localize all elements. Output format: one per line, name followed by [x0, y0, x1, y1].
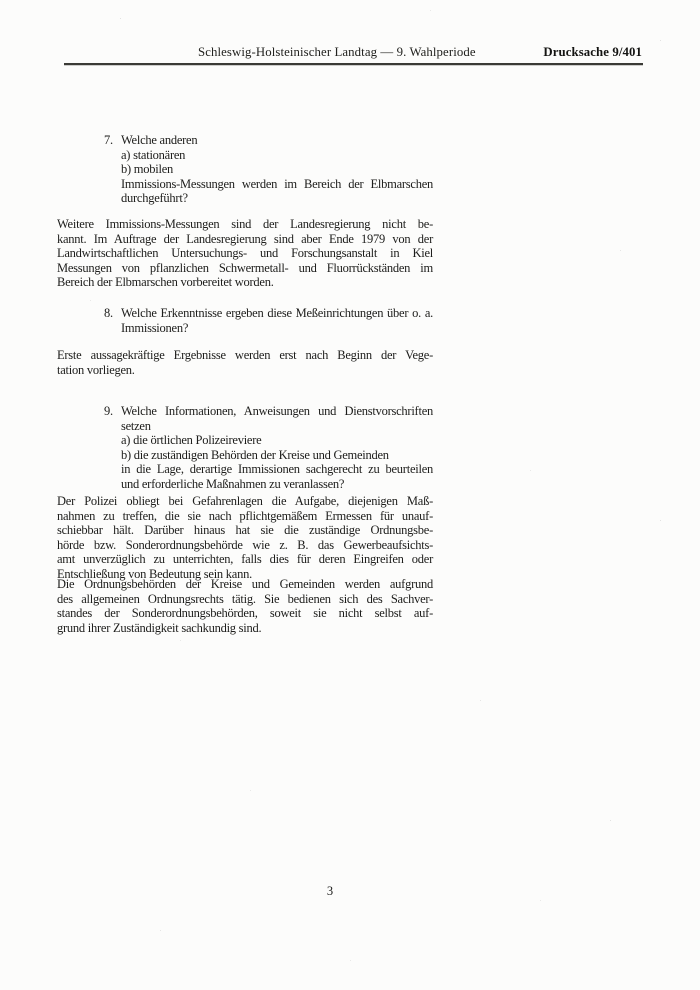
- text-line: Bereich der Elbmarschen vorbereitet word…: [57, 275, 433, 290]
- text-line: Der Polizei obliegt bei Gefahrenlagen di…: [57, 494, 433, 509]
- text-line: b) mobilen: [121, 162, 433, 177]
- question-number: 7.: [104, 133, 121, 148]
- question-text: Welche Informationen, Anweisungen und Di…: [121, 404, 433, 492]
- text-line: b) die zuständigen Behörden der Kreise u…: [121, 448, 433, 463]
- text-line: schiebbar hält. Darüber hinaus hat sie d…: [57, 523, 433, 538]
- text-line: setzen: [121, 419, 433, 434]
- text-line: standes der Sonderordnungsbehörden, sowe…: [57, 606, 433, 621]
- question-number: 9.: [104, 404, 121, 419]
- question-block: 7.Welche anderena) stationärenb) mobilen…: [104, 133, 433, 206]
- answer-paragraph: Erste aussagekräftige Ergebnisse werden …: [57, 348, 433, 377]
- page-header: Schleswig-Holsteinischer Landtag — 9. Wa…: [65, 45, 642, 63]
- answer-paragraph: Der Polizei obliegt bei Gefahrenlagen di…: [57, 494, 433, 582]
- text-line: Welche Erkenntnisse ergeben diese Meßein…: [121, 306, 433, 321]
- text-line: tation vorliegen.: [57, 363, 433, 378]
- text-line: Die Ordnungsbehörden der Kreise und Geme…: [57, 577, 433, 592]
- text-line: Erste aussagekräftige Ergebnisse werden …: [57, 348, 433, 363]
- text-line: durchgeführt?: [121, 191, 433, 206]
- text-line: Weitere Immissions-Messungen sind der La…: [57, 217, 433, 232]
- text-line: kannt. Im Auftrage der Landesregierung s…: [57, 232, 433, 247]
- text-line: des allgemeinen Ordnungsrechts tätig. Si…: [57, 592, 433, 607]
- text-line: Immissionen?: [121, 321, 433, 336]
- text-line: a) stationären: [121, 148, 433, 163]
- answer-paragraph: Weitere Immissions-Messungen sind der La…: [57, 217, 433, 290]
- scan-noise: [0, 0, 1, 1]
- text-line: a) die örtlichen Polizeireviere: [121, 433, 433, 448]
- text-line: grund ihrer Zuständigkeit sachkundig sin…: [57, 621, 433, 636]
- document-page: Schleswig-Holsteinischer Landtag — 9. Wa…: [0, 0, 700, 990]
- text-line: amt unverzüglich zu unterrichten, falls …: [57, 552, 433, 567]
- text-line: Messungen von pflanzlichen Schwermetall-…: [57, 261, 433, 276]
- question-text: Welche anderena) stationärenb) mobilenIm…: [121, 133, 433, 206]
- text-line: hörde bzw. Sonderordnungsbehörde wie z. …: [57, 538, 433, 553]
- text-line: und erforderliche Maßnahmen zu veranlass…: [121, 477, 433, 492]
- text-line: Immissions-Messungen werden im Bereich d…: [121, 177, 433, 192]
- question-text: Welche Erkenntnisse ergeben diese Meßein…: [121, 306, 433, 335]
- text-line: Welche Informationen, Anweisungen und Di…: [121, 404, 433, 419]
- question-block: 8.Welche Erkenntnisse ergeben diese Meße…: [104, 306, 433, 335]
- header-rule: [64, 63, 643, 65]
- question-number: 8.: [104, 306, 121, 321]
- header-doc-number: Drucksache 9/401: [543, 45, 642, 60]
- answer-paragraph: Die Ordnungsbehörden der Kreise und Geme…: [57, 577, 433, 635]
- text-line: in die Lage, derartige Immissionen sachg…: [121, 462, 433, 477]
- header-title: Schleswig-Holsteinischer Landtag — 9. Wa…: [198, 45, 476, 60]
- text-line: Welche anderen: [121, 133, 433, 148]
- page-number: 3: [318, 884, 342, 899]
- text-line: nahmen zu treffen, die sie nach pflichtg…: [57, 509, 433, 524]
- question-block: 9.Welche Informationen, Anweisungen und …: [104, 404, 433, 492]
- text-line: Landwirtschaftlichen Untersuchungs- und …: [57, 246, 433, 261]
